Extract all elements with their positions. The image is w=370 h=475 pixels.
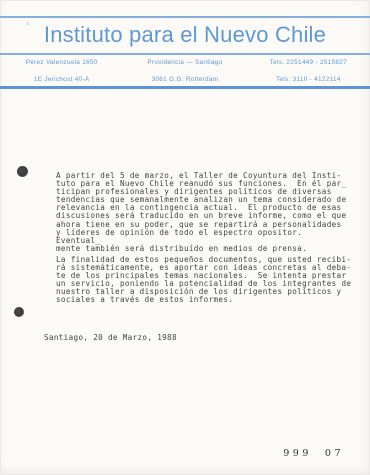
body-paragraph-2: La finalidad de estos pequeños documento… <box>56 256 352 305</box>
letterhead-title: Instituto para el Nuevo Chile <box>0 22 370 48</box>
scanned-letter-page: Instituto para el Nuevo Chile Pérez Vale… <box>0 0 370 475</box>
letterhead-address-row-rotterdam: 1E Jerichost 40-A 3061 G.G. Rotterdam Te… <box>0 76 370 83</box>
letterhead-address-row-santiago: Pérez Valenzuela 1650 Providencia — Sant… <box>0 59 370 66</box>
address-phone-rotterdam: Tels. 3110 - 4122114 <box>247 76 370 83</box>
hole-punch-mark-top <box>17 166 28 177</box>
scan-speck: × <box>26 22 30 28</box>
address-city-rotterdam: 3061 G.G. Rotterdam <box>123 76 246 83</box>
dateline: Santiago, 20 de Marzo, 1988 <box>44 334 344 342</box>
hole-punch-mark-bottom <box>14 307 24 317</box>
letterhead-mid-rule <box>0 53 370 55</box>
address-street-rotterdam: 1E Jerichost 40-A <box>0 76 123 83</box>
letterhead-bottom-rule <box>0 86 370 89</box>
letterhead-top-rule <box>0 16 370 18</box>
body-paragraph-1: A partir del 5 de marzo, el Taller de Co… <box>56 172 352 253</box>
archive-page-number-stamp: 999 07 <box>283 448 344 459</box>
address-phone-santiago: Tels. 2251449 - 2515827 <box>247 59 370 66</box>
address-street-santiago: Pérez Valenzuela 1650 <box>0 59 123 66</box>
address-city-santiago: Providencia — Santiago <box>123 59 246 66</box>
